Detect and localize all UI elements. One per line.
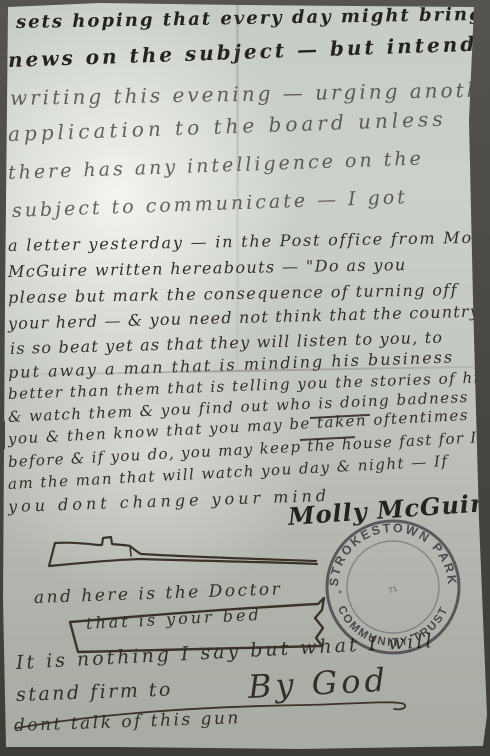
letter-line: sets hoping that every day might bring s… — [16, 3, 490, 33]
stamp-center-mark: 71 — [387, 584, 399, 596]
scan-edge-mark — [0, 236, 5, 272]
letter-line: news on the subject — but intend — [8, 32, 478, 72]
scanned-letter-image: sets hoping that every day might bring s… — [0, 0, 490, 756]
scan-edge-mark — [0, 420, 5, 450]
letter-line: there has any intelligence on the — [8, 147, 425, 184]
stamp-arc-top-text: STROKESTOWN PARK — [327, 521, 459, 587]
letter-line: a letter yesterday — in the Post office … — [8, 227, 490, 255]
letter-line: McGuire written hereabouts — "Do as you — [8, 255, 407, 281]
stamp-ink-dot — [338, 590, 341, 593]
letter-line: application to the board unless — [8, 107, 447, 146]
svg-text:COMMUNITY TRUST: COMMUNITY TRUST — [335, 604, 451, 649]
letter-line: subject to communicate — I got — [12, 186, 409, 222]
gun-sketch — [40, 532, 330, 574]
letter-line: writing this evening — urging another — [10, 77, 490, 110]
community-trust-stamp: STROKESTOWN PARK COMMUNITY TRUST 71 — [318, 512, 468, 662]
paper: sets hoping that every day might bring s… — [0, 0, 490, 756]
stamp-arc-bottom-text: COMMUNITY TRUST — [335, 604, 451, 649]
scan-edge-mark — [0, 100, 6, 140]
fold-crease-vertical — [236, 0, 239, 370]
svg-text:STROKESTOWN PARK: STROKESTOWN PARK — [327, 521, 459, 587]
